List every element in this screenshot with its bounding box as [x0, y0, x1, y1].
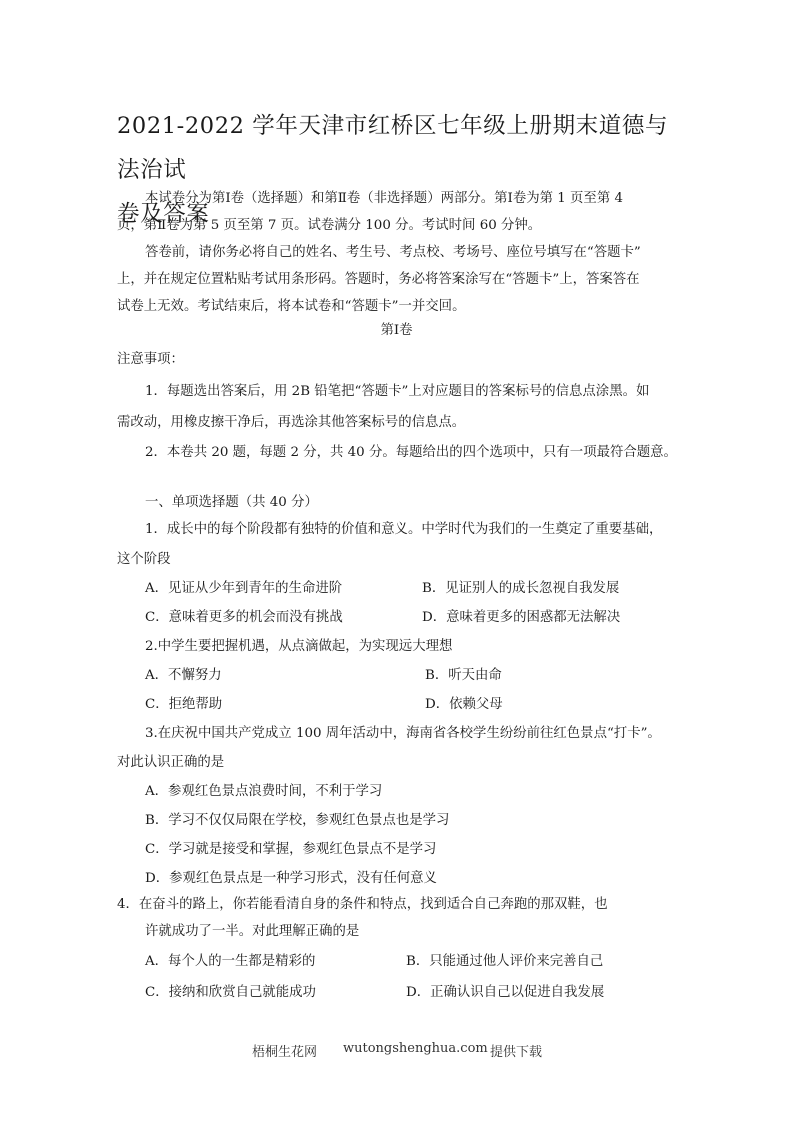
notes-label: 注意事项： [117, 348, 184, 367]
question-3-option-b: B．学习不仅仅局限在学校，参观红色景点也是学习 [145, 809, 449, 828]
question-1-stem: 这个阶段 [117, 548, 171, 567]
question-4-stem: 4．在奋斗的路上，你若能看清自身的条件和特点，找到适合自己奔跑的那双鞋，也 [117, 893, 608, 912]
intro-line: 答卷前，请你务必将自己的姓名、考生号、考点校、考场号、座位号填写在“答题卡” [145, 241, 641, 260]
question-3-option-a: A．参观红色景点浪费时间，不利于学习 [145, 780, 382, 799]
title-line-1: 2021-2022 学年天津市红桥区七年级上册期末道德与法治试 [117, 104, 687, 192]
question-3-option-c: C．学习就是接受和掌握，参观红色景点不是学习 [145, 838, 436, 857]
footer-site-name: 梧桐生花网 [252, 1041, 317, 1060]
question-1-option-b: B．见证别人的成长忽视自我发展 [422, 577, 619, 596]
intro-line: 页，第Ⅱ卷为第 5 页至第 7 页。试卷满分 100 分。考试时间 60 分钟。 [117, 214, 541, 233]
note-line: 2．本卷共 20 题，每题 2 分，共 40 分。每题给出的四个选项中，只有一项… [145, 441, 677, 460]
question-1-option-a: A．见证从少年到青年的生命进阶 [145, 577, 342, 596]
question-3-stem: 3.在庆祝中国共产党成立 100 周年活动中，海南省各校学生纷纷前往红色景点“打… [145, 722, 661, 741]
question-2-stem: 2.中学生要把握机遇，从点滴做起，为实现远大理想 [145, 635, 452, 654]
document-page: 2021-2022 学年天津市红桥区七年级上册期末道德与法治试 卷及答案 本试卷… [0, 0, 793, 1122]
question-2-option-a: A．不懈努力 [145, 664, 222, 683]
question-4-stem: 许就成功了一半。对此理解正确的是 [145, 920, 359, 939]
note-line: 1．每题选出答案后，用 2B 铅笔把“答题卡”上对应题目的答案标号的信息点涂黑。… [145, 380, 649, 399]
question-4-option-c: C．接纳和欣赏自己就能成功 [145, 981, 316, 1000]
intro-line: 本试卷分为第Ⅰ卷（选择题）和第Ⅱ卷（非选择题）两部分。第Ⅰ卷为第 1 页至第 4 [145, 187, 623, 206]
question-1-stem: 1．成长中的每个阶段都有独特的价值和意义。中学时代为我们的一生奠定了重要基础， [145, 518, 662, 537]
question-3-stem: 对此认识正确的是 [117, 751, 224, 770]
question-1-option-d: D．意味着更多的困惑都无法解决 [422, 606, 620, 625]
question-4-option-b: B．只能通过他人评价来完善自己 [406, 950, 603, 969]
footer-suffix: 提供下载 [490, 1041, 542, 1060]
question-3-option-d: D．参观红色景点是一种学习形式，没有任何意义 [145, 867, 437, 886]
intro-line: 上，并在规定位置粘贴考试用条形码。答题时，务必将答案涂写在“答题卡”上，答案答在 [117, 268, 640, 287]
question-4-option-d: D．正确认识自己以促进自我发展 [406, 981, 604, 1000]
intro-line: 试卷上无效。考试结束后，将本试卷和“答题卡”一并交回。 [117, 295, 465, 314]
question-2-option-c: C．拒绝帮助 [145, 693, 222, 712]
question-2-option-b: B．听天由命 [425, 664, 502, 683]
footer-url[interactable]: wutongshenghua.com [343, 1041, 488, 1056]
note-line: 需改动，用橡皮擦干净后，再选涂其他答案标号的信息点。 [117, 411, 465, 430]
part-heading: 一、单项选择题（共 40 分） [145, 491, 318, 510]
section-heading: 第Ⅰ卷 [0, 319, 793, 338]
question-4-option-a: A．每个人的一生都是精彩的 [145, 950, 315, 969]
question-1-option-c: C．意味着更多的机会而没有挑战 [145, 606, 343, 625]
question-2-option-d: D．依赖父母 [425, 693, 503, 712]
